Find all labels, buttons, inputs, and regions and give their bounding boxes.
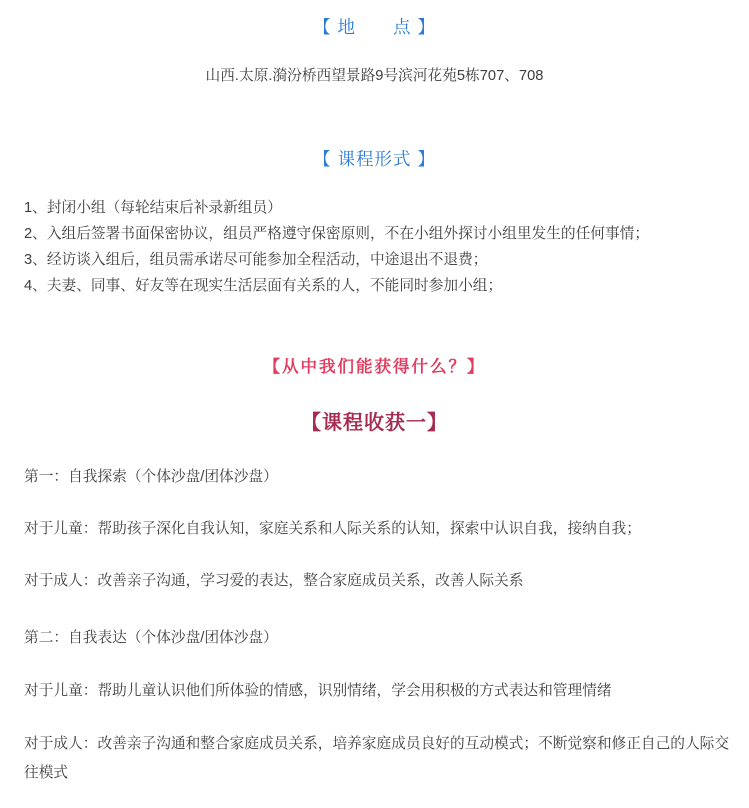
course-format-item-1: 1、封闭小组（每轮结束后补录新组员） [24, 198, 730, 218]
gain-paragraph-adults-2: 对于成人：改善亲子沟通和整合家庭成员关系，培养家庭成员良好的互动模式；不断觉察和… [24, 730, 730, 788]
gains-section-heading: 【课程收获一】 [0, 406, 749, 435]
course-format-heading: 【 课程形式 】 [0, 146, 749, 171]
gain-paragraph-children-2: 对于儿童：帮助儿童认识他们所体验的情感，识别情绪，学会用积极的方式表达和管理情绪 [24, 681, 730, 701]
location-address: 山西.太原.漪汾桥西望景路9号滨河花苑5栋707、708 [0, 64, 749, 85]
gain-paragraph-first: 第一：自我探索（个体沙盘/团体沙盘） [24, 467, 730, 487]
gain-paragraph-children-1: 对于儿童：帮助孩子深化自我认知，家庭关系和人际关系的认知，探索中认识自我，接纳自… [24, 519, 730, 539]
gain-paragraph-adults-1: 对于成人：改善亲子沟通，学习爱的表达，整合家庭成员关系，改善人际关系 [24, 571, 730, 591]
location-heading: 【 地 点 】 [0, 14, 749, 39]
course-format-item-3: 3、经访谈入组后，组员需承诺尽可能参加全程活动，中途退出不退费； [24, 250, 730, 270]
gain-paragraph-second: 第二：自我表达（个体沙盘/团体沙盘） [24, 628, 730, 648]
gains-question-heading: 【从中我们能获得什么？】 [0, 353, 749, 377]
course-format-item-4: 4、夫妻、同事、好友等在现实生活层面有关系的人，不能同时参加小组； [24, 276, 730, 296]
course-format-item-2: 2、入组后签署书面保密协议，组员严格遵守保密原则，不在小组外探讨小组里发生的任何… [24, 224, 730, 244]
